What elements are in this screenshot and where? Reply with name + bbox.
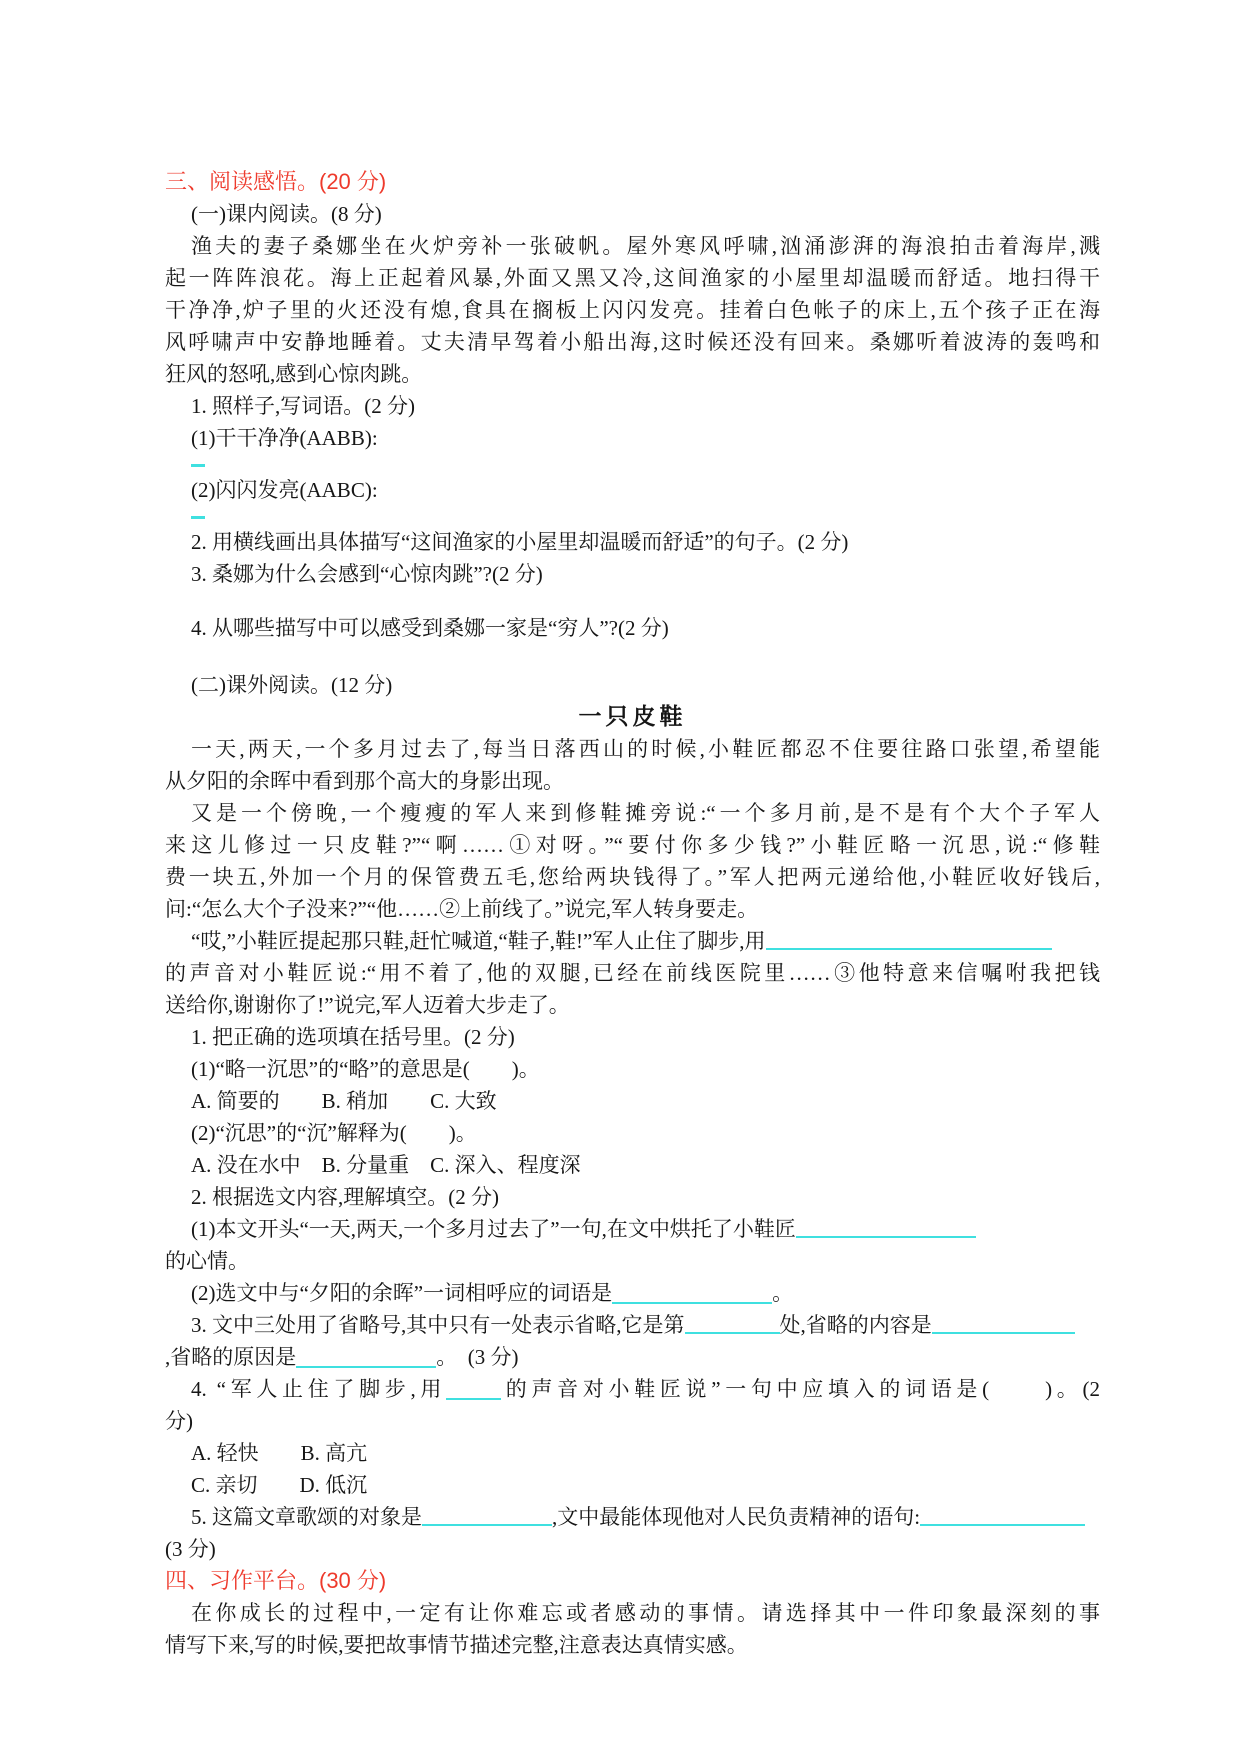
question-4-cont: 分) (165, 1405, 1100, 1437)
story-line: 费一块五,外加一个月的保管费五毛,您给两块钱得了。”军人把两元递给他,小鞋匠收好… (165, 861, 1100, 893)
question-4-options-2: C. 亲切 D. 低沉 (165, 1469, 1100, 1501)
question-3-cont: ,省略的原因是。 (3 分) (165, 1341, 1100, 1373)
part2-title: (二)课外阅读。(12 分) (165, 669, 1100, 701)
question-3: 3. 桑娜为什么会感到“心惊肉跳”?(2 分) (165, 558, 1100, 590)
writing-prompt-line: 情写下来,写的时候,要把故事情节描述完整,注意表达真情实感。 (165, 1629, 1100, 1661)
answer-blank (766, 948, 1052, 950)
section-heading-reading: 三、阅读感悟。(20 分) (165, 166, 1100, 198)
question-5-cont: (3 分) (165, 1533, 1100, 1565)
story-line: 一天,两天,一个多月过去了,每当日落西山的时候,小鞋匠都忍不住要往路口张望,希望… (165, 733, 1100, 765)
answer-blank (296, 1366, 436, 1368)
question-1-sub1-options: A. 简要的 B. 稍加 C. 大致 (165, 1085, 1100, 1117)
question-5-extra: 5. 这篇文章歌颂的对象是 ,文中最能体现他对人民负责精神的语句: (165, 1501, 1100, 1533)
answer-blank (612, 1302, 772, 1304)
question-4-options-1: A. 轻快 B. 高亢 (165, 1437, 1100, 1469)
answer-blank (446, 1398, 501, 1400)
question-1-sub2-options: A. 没在水中 B. 分量重 C. 深入、程度深 (165, 1149, 1100, 1181)
answer-blank (932, 1332, 1075, 1334)
story-line: 又是一个傍晚,一个瘦瘦的军人来到修鞋摊旁说:“一个多月前,是不是有个大个子军人 (165, 797, 1100, 829)
answer-blank (796, 1236, 976, 1238)
question-4-extra: 4. “军人止住了脚步,用的声音对小鞋匠说”一句中应填入的词语是( )。(2 (165, 1373, 1100, 1405)
story-line: 送给你,谢谢你了!”说完,军人迈着大步走了。 (165, 989, 1100, 1021)
story-line: 从夕阳的余晖中看到那个高大的身影出现。 (165, 765, 1100, 797)
passage-line: 狂风的怒吼,感到心惊肉跳。 (165, 358, 1100, 390)
question-2: 2. 用横线画出具体描写“这间渔家的小屋里却温暖而舒适”的句子。(2 分) (165, 526, 1100, 558)
question-2-sub1: (1)本文开头“一天,两天,一个多月过去了”一句,在文中烘托了小鞋匠 (165, 1213, 1100, 1245)
passage-line: 起一阵阵浪花。海上正起着风暴,外面又黑又冷,这间渔家的小屋里却温暖而舒适。地扫得… (165, 262, 1100, 294)
question-3-extra: 3. 文中三处用了省略号,其中只有一处表示省略,它是第 处,省略的内容是 (165, 1309, 1100, 1341)
question-2-extra: 2. 根据选文内容,理解填空。(2 分) (165, 1181, 1100, 1213)
answer-blank (920, 1524, 1085, 1526)
question-1-sub2: (2)“沉思”的“沉”解释为( )。 (165, 1117, 1100, 1149)
answer-blank (685, 1332, 780, 1334)
answer-tick (191, 464, 205, 467)
answer-tick (191, 516, 205, 519)
passage-line: 干净净,炉子里的火还没有熄,食具在搁板上闪闪发亮。挂着白色帐子的床上,五个孩子正… (165, 294, 1100, 326)
section-heading-writing: 四、习作平台。(30 分) (165, 1565, 1100, 1597)
story-line-with-blank: “哎,”小鞋匠提起那只鞋,赶忙喊道,“鞋子,鞋!”军人止住了脚步,用 (165, 925, 1100, 957)
answer-blank (422, 1524, 552, 1526)
passage-line: 渔夫的妻子桑娜坐在火炉旁补一张破帆。屋外寒风呼啸,汹涌澎湃的海浪拍击着海岸,溅 (165, 230, 1100, 262)
story-line: 问:“怎么大个子没来?”“他……②上前线了。”说完,军人转身要走。 (165, 893, 1100, 925)
writing-prompt-line: 在你成长的过程中,一定有让你难忘或者感动的事情。请选择其中一件印象最深刻的事 (165, 1597, 1100, 1629)
question-2-sub1-cont: 的心情。 (165, 1245, 1100, 1277)
question-1-sub1: (1)“略一沉思”的“略”的意思是( )。 (165, 1053, 1100, 1085)
question-1: 1. 照样子,写词语。(2 分) (165, 390, 1100, 422)
story-title: 一只皮鞋 (165, 701, 1100, 733)
question-1-item-1: (1)干干净净(AABB): (165, 422, 1100, 454)
part1-title: (一)课内阅读。(8 分) (165, 198, 1100, 230)
question-1-extra: 1. 把正确的选项填在括号里。(2 分) (165, 1021, 1100, 1053)
story-line: 的声音对小鞋匠说:“用不着了,他的双腿,已经在前线医院里……③他特意来信嘱咐我把… (165, 957, 1100, 989)
test-paper-page: 三、阅读感悟。(20 分) (一)课内阅读。(8 分) 渔夫的妻子桑娜坐在火炉旁… (0, 0, 1241, 1754)
question-2-sub2: (2)选文中与“夕阳的余晖”一词相呼应的词语是。 (165, 1277, 1100, 1309)
passage-line: 风呼啸声中安静地睡着。丈夫清早驾着小船出海,这时候还没有回来。桑娜听着波涛的轰鸣… (165, 326, 1100, 358)
story-line: 来这儿修过一只皮鞋?”“啊……①对呀。”“要付你多少钱?”小鞋匠略一沉思,说:“… (165, 829, 1100, 861)
question-4: 4. 从哪些描写中可以感受到桑娜一家是“穷人”?(2 分) (165, 612, 1100, 644)
question-1-item-2: (2)闪闪发亮(AABC): (165, 474, 1100, 506)
